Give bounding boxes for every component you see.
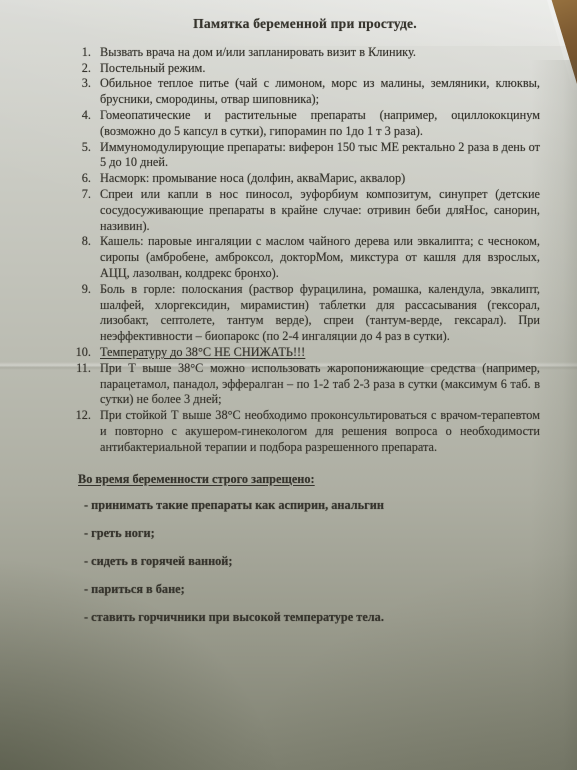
item-text: Вызвать врача на дом и/или запланировать… (100, 45, 540, 61)
list-item: 7.Спреи или капли в нос пиносол, эуфорби… (70, 187, 540, 234)
list-item: 10.Температуру до 38°С НЕ СНИЖАТЬ!!! (70, 345, 540, 361)
list-item: 11.При Т выше 38°С можно использовать жа… (70, 361, 540, 408)
list-item: 12.При стойкой Т выше 38°С необходимо пр… (70, 408, 540, 455)
item-number: 9. (70, 282, 91, 298)
item-text: При Т выше 38°С можно использовать жароп… (100, 361, 540, 408)
item-text: Температуру до 38°С НЕ СНИЖАТЬ!!! (100, 345, 540, 361)
item-text: Обильное теплое питье (чай с лимоном, мо… (100, 76, 540, 108)
item-number: 10. (70, 345, 91, 361)
list-item: 9.Боль в горле: полоскания (раствор фура… (70, 282, 540, 345)
prohibited-item: - греть ноги; (84, 526, 540, 542)
item-text: Постельный режим. (100, 61, 540, 77)
prohibited-list: - принимать такие препараты как аспирин,… (70, 498, 540, 625)
item-number: 11. (70, 361, 91, 377)
item-text: Боль в горле: полоскания (раствор фураци… (100, 282, 540, 345)
list-item: 8.Кашель: паровые ингаляции с маслом чай… (70, 234, 540, 281)
item-number: 3. (70, 76, 91, 92)
item-number: 5. (70, 140, 91, 156)
document-photo: Памятка беременной при простуде. 1.Вызва… (0, 0, 577, 770)
item-text: Насморк: промывание носа (долфин, акваМа… (100, 171, 540, 187)
item-number: 7. (70, 187, 91, 203)
memo-document: Памятка беременной при простуде. 1.Вызва… (70, 16, 540, 637)
item-number: 1. (70, 45, 91, 61)
list-item: 6.Насморк: промывание носа (долфин, аква… (70, 171, 540, 187)
prohibited-item: - принимать такие препараты как аспирин,… (84, 498, 540, 514)
prohibited-item: - ставить горчичники при высокой темпера… (84, 610, 540, 626)
item-text: Кашель: паровые ингаляции с маслом чайно… (100, 234, 540, 281)
list-item: 1.Вызвать врача на дом и/или запланирова… (70, 45, 540, 61)
item-text: Гомеопатические и растительные препараты… (100, 108, 540, 140)
item-text: Спреи или капли в нос пиносол, эуфорбиум… (100, 187, 540, 234)
prohibited-item: - сидеть в горячей ванной; (84, 554, 540, 570)
document-title: Памятка беременной при простуде. (70, 16, 540, 32)
item-text: При стойкой Т выше 38°С необходимо проко… (100, 408, 540, 455)
item-number: 12. (70, 408, 91, 424)
item-number: 4. (70, 108, 91, 124)
item-text: Иммуномодулирующие препараты: виферон 15… (100, 140, 540, 172)
list-item: 2.Постельный режим. (70, 61, 540, 77)
numbered-list: 1.Вызвать врача на дом и/или запланирова… (70, 45, 540, 456)
item-number: 6. (70, 171, 91, 187)
list-item: 3.Обильное теплое питье (чай с лимоном, … (70, 76, 540, 108)
list-item: 4.Гомеопатические и растительные препара… (70, 108, 540, 140)
item-number: 2. (70, 61, 91, 77)
prohibited-item: - париться в бане; (84, 582, 540, 598)
prohibited-section-heading: Во время беременности строго запрещено: (78, 472, 540, 488)
item-number: 8. (70, 234, 91, 250)
list-item: 5.Иммуномодулирующие препараты: виферон … (70, 140, 540, 172)
